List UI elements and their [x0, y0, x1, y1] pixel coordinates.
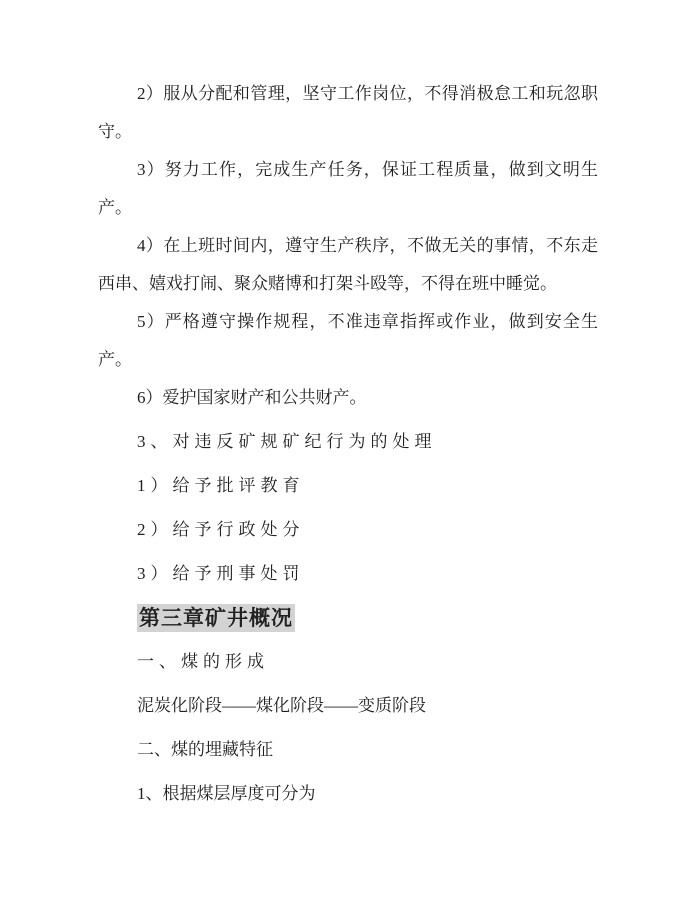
- document-page: 2）服从分配和管理，坚守工作岗位，不得消极怠工和玩忽职守。3）努力工作，完成生产…: [0, 0, 700, 905]
- paragraph: 2）服从分配和管理，坚守工作岗位，不得消极怠工和玩忽职守。: [98, 75, 598, 151]
- paragraph: 2）给予行政处分: [98, 511, 598, 549]
- text-line: 4）在上班时间内，遵守生产秩序，不做无关的事情，不东走: [98, 227, 598, 265]
- paragraph: 3）努力工作，完成生产任务，保证工程质量，做到文明生产。: [98, 151, 598, 227]
- text-line: 3）努力工作，完成生产任务，保证工程质量，做到文明生: [98, 151, 598, 189]
- paragraph: 二、煤的埋藏特征: [98, 731, 598, 769]
- document-content: 2）服从分配和管理，坚守工作岗位，不得消极怠工和玩忽职守。3）努力工作，完成生产…: [98, 75, 598, 819]
- paragraph: 泥炭化阶段——煤化阶段——变质阶段: [98, 687, 598, 725]
- section-heading: 第三章矿井概况: [98, 599, 598, 637]
- paragraph: 3、对违反矿规矿纪行为的处理: [98, 423, 598, 461]
- paragraph: 3）给予刑事处罚: [98, 555, 598, 593]
- text-line: 守。: [98, 113, 598, 151]
- paragraph: 4）在上班时间内，遵守生产秩序，不做无关的事情，不东走西串、嬉戏打闹、聚众赌博和…: [98, 227, 598, 303]
- text-line: 1）给予批评教育: [98, 467, 598, 505]
- heading-highlight-text: 第三章矿井概况: [137, 604, 295, 632]
- text-line: 1、根据煤层厚度可分为: [98, 775, 598, 813]
- paragraph: 1、根据煤层厚度可分为: [98, 775, 598, 813]
- text-line: 产。: [98, 189, 598, 227]
- paragraph: 一、煤的形成: [98, 643, 598, 681]
- paragraph: 5）严格遵守操作规程，不准违章指挥或作业，做到安全生产。: [98, 303, 598, 379]
- text-line: 一、煤的形成: [98, 643, 598, 681]
- text-line: 3、对违反矿规矿纪行为的处理: [98, 423, 598, 461]
- text-line: 6）爱护国家财产和公共财产。: [98, 379, 598, 417]
- text-line: 二、煤的埋藏特征: [98, 731, 598, 769]
- text-line: 5）严格遵守操作规程，不准违章指挥或作业，做到安全生: [98, 303, 598, 341]
- paragraph: 6）爱护国家财产和公共财产。: [98, 379, 598, 417]
- text-line: 2）服从分配和管理，坚守工作岗位，不得消极怠工和玩忽职: [98, 75, 598, 113]
- text-line: 泥炭化阶段——煤化阶段——变质阶段: [98, 687, 598, 725]
- text-line: 西串、嬉戏打闹、聚众赌博和打架斗殴等，不得在班中睡觉。: [98, 265, 598, 303]
- text-line: 产。: [98, 341, 598, 379]
- text-line: 2）给予行政处分: [98, 511, 598, 549]
- text-line: 3）给予刑事处罚: [98, 555, 598, 593]
- paragraph: 1）给予批评教育: [98, 467, 598, 505]
